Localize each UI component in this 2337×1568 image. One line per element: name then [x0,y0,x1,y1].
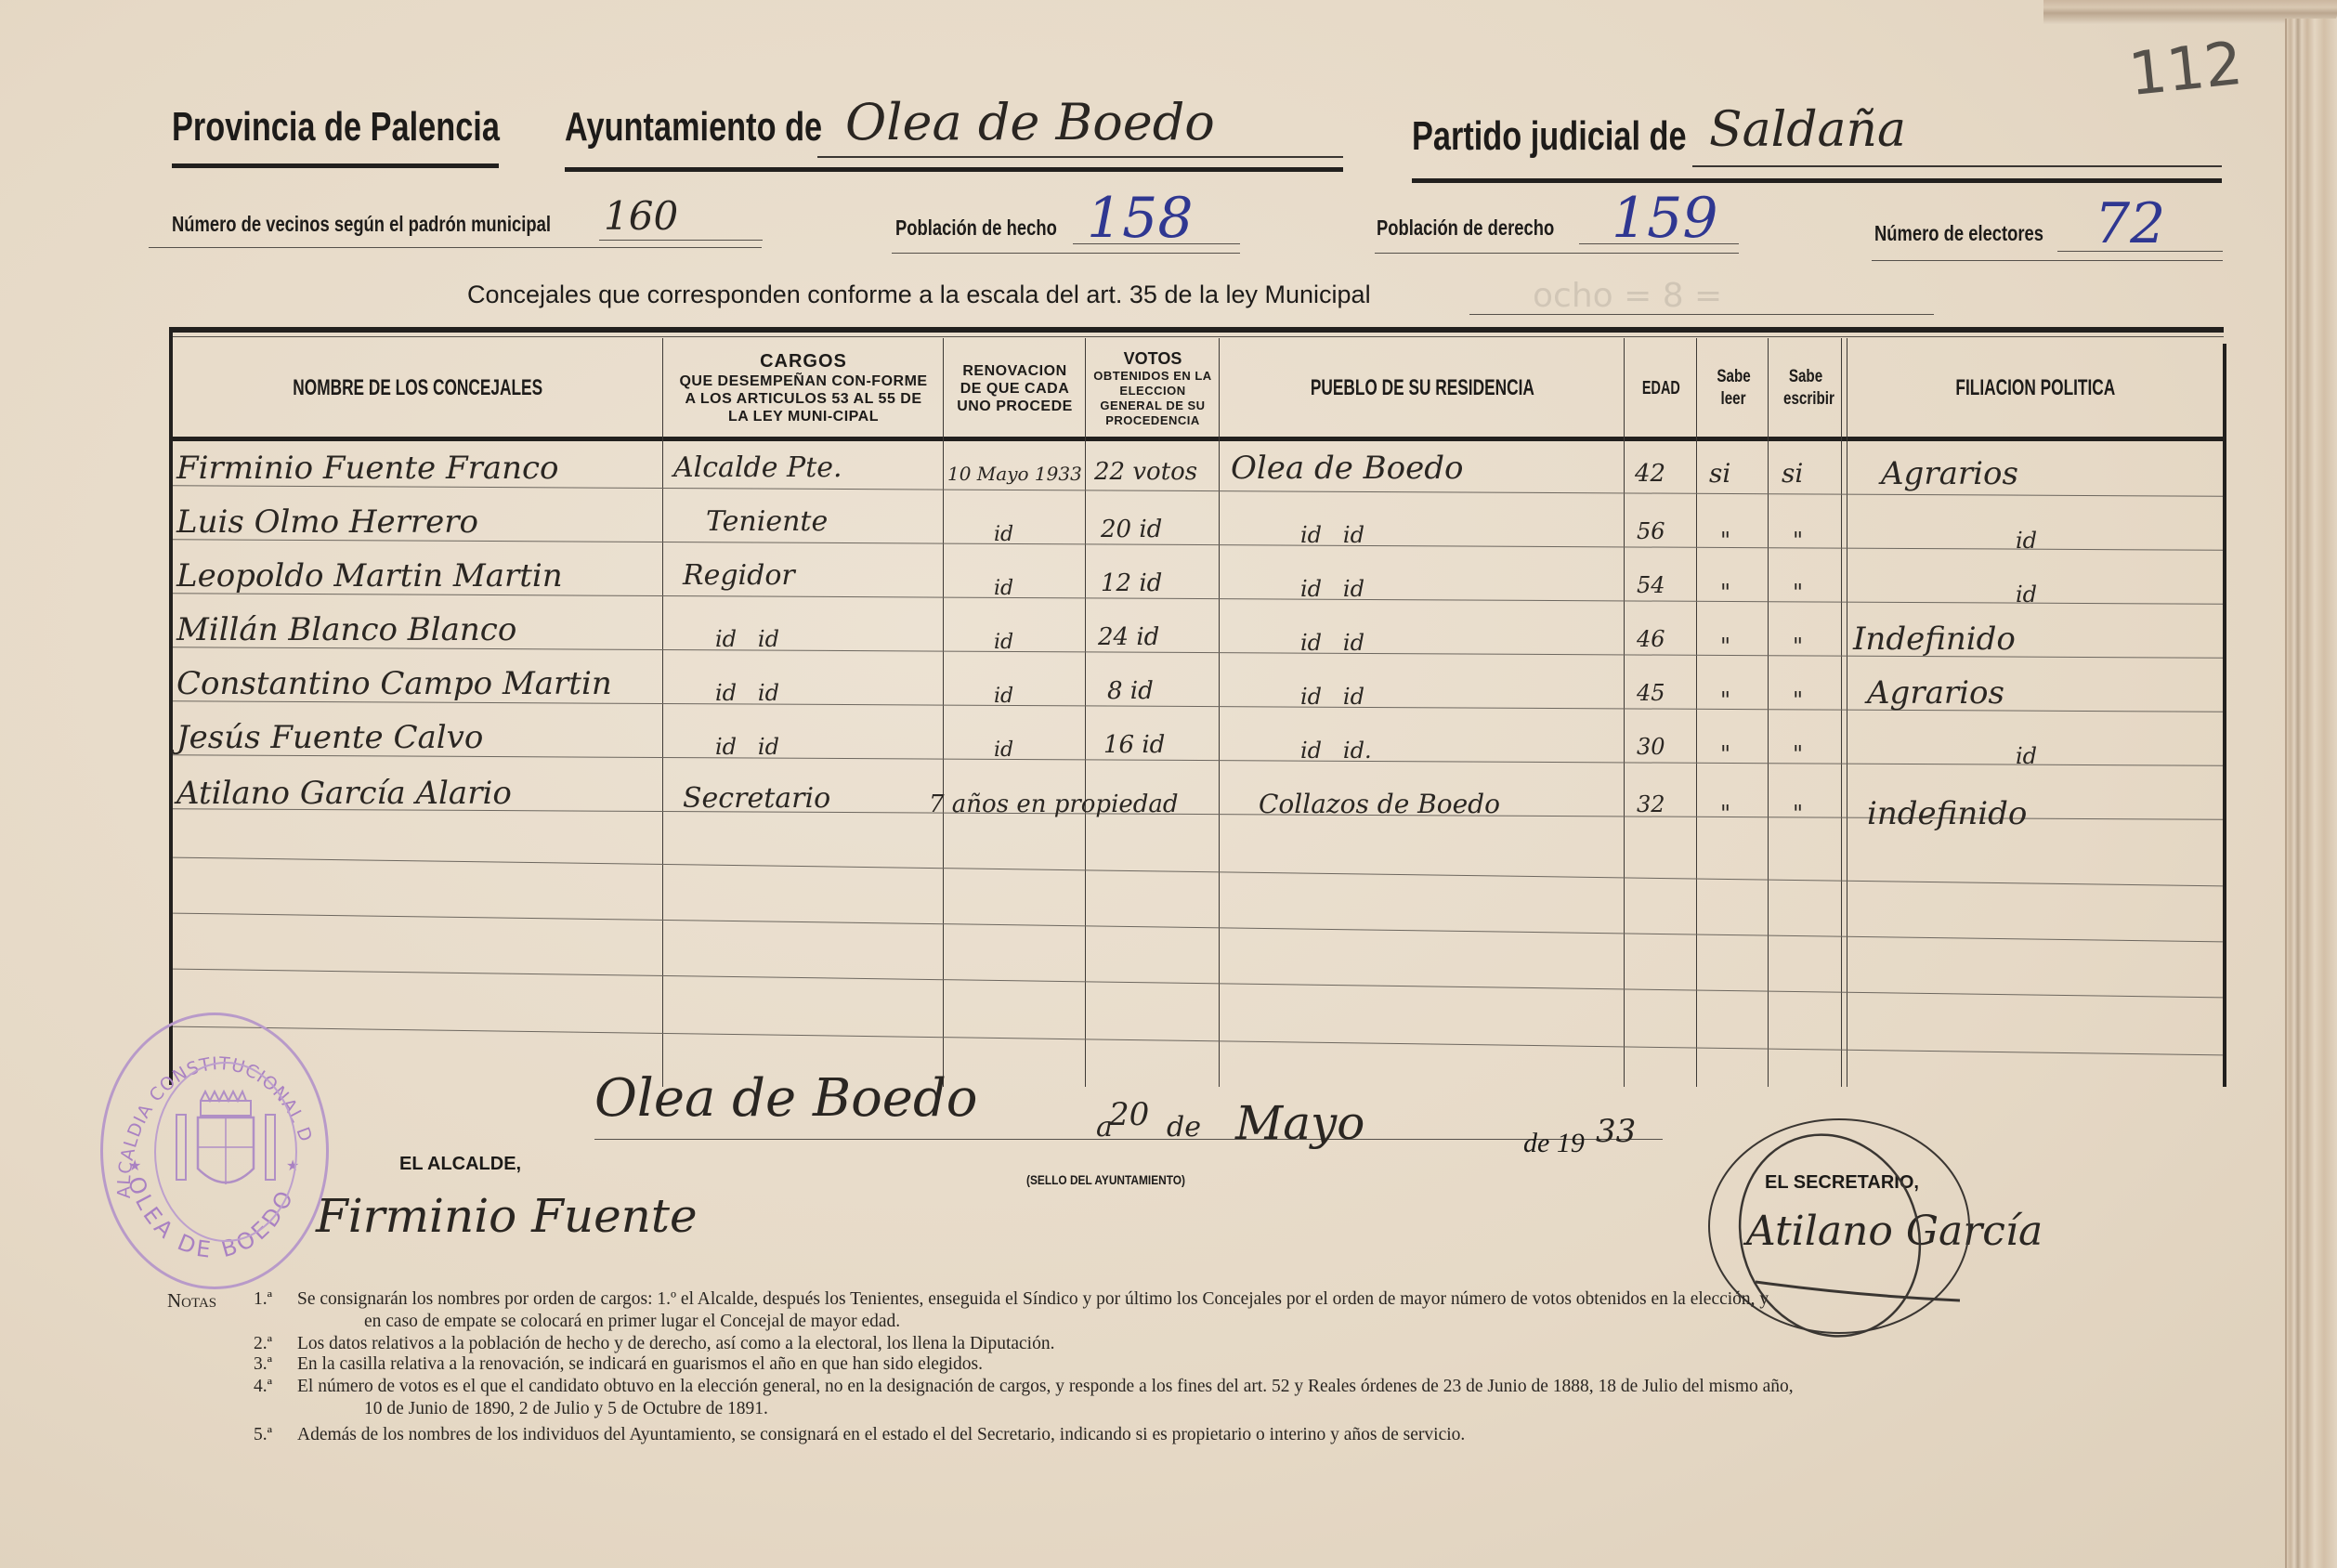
partido-fill-line [1692,165,2222,167]
row-line [173,1026,2223,1056]
cell-edad: 45 [1637,674,1665,712]
footer-year-suffix: 33 [1596,1113,1636,1150]
document-page: 112 Provincia de Palencia Ayuntamiento d… [0,0,2313,1568]
cell-nombre: Atilano García Alario [176,775,512,812]
cell-leer: " [1720,795,1730,832]
cell-renovacion: id [994,732,1013,769]
vecinos-value: 160 [604,193,678,239]
table-header-bottom-border [169,437,2224,441]
partido-value: Saldaña [1709,102,1906,158]
concejales-pencil-value: ocho = 8 = [1533,277,1722,315]
footer-day: 20 [1109,1096,1149,1133]
col-header-votos-label: OBTENIDOS EN LA ELECCION GENERAL DE SU P… [1093,369,1212,428]
cell-leer: " [1720,628,1730,665]
note-number: 4.ª [254,1377,272,1397]
footer-date-line [594,1139,1663,1140]
cell-pueblo: Olea de Boedo [1231,450,1463,487]
col-header-leer-label: Sabe leer [1717,366,1749,411]
note-text-continued: 10 de Junio de 1890, 2 de Julio y 5 de O… [364,1399,768,1419]
col-sep-escribir [1768,338,1769,1087]
col-header-cargo-label: QUE DESEMPEÑAN CON-FORME A LOS ARTICULOS… [678,372,929,425]
cell-leer: " [1720,522,1730,559]
concejales-label: Concejales que corresponden conforme a l… [467,281,1371,309]
sello-label: (SELLO DEL AYUNTAMIENTO) [1026,1172,1185,1187]
col-sep-leer [1696,338,1697,1087]
cell-cargo: id id [715,728,779,765]
coat-of-arms-icon [156,1064,295,1240]
cell-leer: " [1720,682,1730,719]
poblacion-hecho-value: 158 [1087,186,1194,251]
cell-edad: 54 [1637,567,1665,604]
svg-text:★: ★ [128,1158,141,1174]
cell-escribir: " [1793,522,1803,559]
cell-renovacion: 7 años en propiedad [929,786,1179,823]
col-sep-pueblo [1219,338,1220,1087]
cell-renovacion: id [994,678,1013,715]
footer-year-prefix: de 19 [1523,1128,1585,1159]
cell-nombre: Jesús Fuente Calvo [176,719,483,756]
electores-double-line [1872,260,2223,261]
cell-votos: 24 id [1098,619,1159,656]
cell-escribir: si [1782,455,1803,492]
notes-label: Notas [167,1289,216,1313]
provincia-underline [172,163,499,168]
cell-filiacion: id [2016,576,2037,613]
note-text: El número de votos es el que el candidat… [297,1377,1794,1397]
footer-month: Mayo [1235,1096,1364,1150]
vecinos-label: Número de vecinos según el padrón munici… [172,212,551,237]
col-sep-filiacion-double [1847,338,1847,1087]
col-sep-filiacion [1841,338,1842,1087]
cell-filiacion: Agrarios [1881,455,2018,492]
ayuntamiento-value: Olea de Boedo [845,93,1215,151]
poblacion-hecho-double-line [892,253,1240,254]
cell-escribir: " [1793,628,1803,665]
cell-leer: si [1709,455,1730,492]
col-header-filiacion-label: FILIACION POLITICA [1956,375,2116,401]
note-number: 3.ª [254,1354,272,1375]
note-number: 5.ª [254,1425,272,1445]
table-right-border [2223,344,2226,1087]
note-number: 2.ª [254,1334,272,1354]
cell-filiacion: id [2016,522,2037,559]
col-header-pueblo-label: PUEBLO DE SU RESIDENCIA [1311,375,1534,401]
cell-votos: 22 votos [1094,453,1197,490]
col-header-filiacion: FILIACION POLITICA [1848,340,2223,437]
table-top-border [169,327,2224,333]
footer-de-label: de [1167,1111,1201,1143]
cell-votos: 12 id [1101,565,1162,602]
col-header-leer: Sabe leer [1698,340,1768,437]
cell-nombre: Firminio Fuente Franco [176,450,559,487]
col-header-pueblo: PUEBLO DE SU RESIDENCIA [1221,340,1624,437]
cell-leer: " [1720,736,1730,773]
col-header-edad: EDAD [1625,340,1696,437]
note-text: Los datos relativos a la población de he… [297,1334,1054,1354]
cell-nombre: Leopoldo Martin Martin [176,557,563,595]
col-header-renovacion: RENOVACION DE QUE CADA UNO PROCEDE [945,340,1085,437]
alcalde-signature: Firminio Fuente [316,1189,698,1243]
partido-label: Partido judicial de [1412,113,1687,160]
poblacion-derecho-double-line [1375,253,1739,254]
cell-cargo: Alcalde Pte. [673,450,842,487]
cell-cargo: Teniente [706,503,828,541]
cell-renovacion: id [994,570,1013,608]
row-line [173,913,2223,943]
vecinos-double-line [149,247,762,248]
col-header-cargo: CARGOS QUE DESEMPEÑAN CON-FORME A LOS AR… [664,340,943,437]
footer-place: Olea de Boedo [594,1068,978,1129]
cell-pueblo: id id [1300,570,1364,608]
cell-filiacion: id [2016,738,2037,775]
alcalde-label: EL ALCALDE, [399,1154,521,1175]
col-header-votos-title: VOTOS [1124,349,1182,369]
cell-edad: 30 [1637,728,1665,765]
partido-underline [1412,178,2222,183]
page-number: 112 [2125,30,2245,110]
cell-votos: 20 id [1101,511,1162,548]
provincia-label: Provincia de Palencia [172,104,500,150]
electores-value: 72 [2095,191,2165,256]
cell-votos: 8 id [1107,673,1154,710]
cell-escribir: " [1793,682,1803,719]
cell-filiacion: Indefinido [1853,621,2016,658]
row-line [173,754,2223,766]
note-text: En la casilla relativa a la renovación, … [297,1354,983,1375]
ayuntamiento-underline [565,167,1343,172]
ayuntamiento-label: Ayuntamiento de [565,104,822,150]
col-header-escribir: Sabe escribir [1769,340,1841,437]
cell-pueblo: id id [1300,516,1364,554]
ledger-page-edges [2285,19,2337,1568]
cell-escribir: " [1793,795,1803,832]
col-header-renovacion-label: RENOVACION DE QUE CADA UNO PROCEDE [950,362,1080,415]
poblacion-hecho-line [1073,243,1240,244]
cell-edad: 56 [1637,513,1665,550]
col-header-votos: VOTOS OBTENIDOS EN LA ELECCION GENERAL D… [1087,340,1219,437]
note-text-continued: en caso de empate se colocará en primer … [364,1312,900,1332]
note-text: Se consignarán los nombres por orden de … [297,1289,1769,1310]
col-sep-edad [1624,338,1625,1087]
vecinos-line [599,240,763,241]
cell-pueblo: id id [1300,678,1364,715]
row-line [173,969,2223,999]
poblacion-derecho-value: 159 [1612,186,1718,251]
cell-renovacion: id [994,624,1013,661]
cell-cargo: id id [715,674,779,712]
col-header-edad-label: EDAD [1642,378,1680,399]
cell-edad: 46 [1637,621,1665,658]
stamp-inner-oval [154,1062,297,1242]
electores-line [2057,251,2223,252]
municipal-stamp: ALCALDIA CONSTITUCIONAL DE OLEA DE BOEDO… [100,1013,329,1289]
note-text: Además de los nombres de los individuos … [297,1425,1465,1445]
col-sep-votos [1085,338,1086,1087]
poblacion-hecho-label: Población de hecho [895,216,1057,241]
cell-nombre: Constantino Campo Martin [176,665,612,702]
cell-escribir: " [1793,736,1803,773]
cell-edad: 32 [1637,786,1665,823]
cell-nombre: Millán Blanco Blanco [176,611,516,648]
cell-nombre: Luis Olmo Herrero [176,503,478,541]
poblacion-derecho-label: Población de derecho [1377,216,1554,241]
row-line [173,857,2223,887]
cell-pueblo: id id [1300,624,1364,661]
poblacion-derecho-line [1579,243,1739,244]
cell-cargo: Secretario [683,780,830,817]
cell-renovacion: 10 Mayo 1933 [947,455,1082,492]
cell-filiacion: Agrarios [1867,674,2004,712]
electores-label: Número de electores [1874,221,2043,246]
cell-cargo: id id [715,621,779,658]
col-header-nombre: NOMBRE DE LOS CONCEJALES [173,340,662,437]
cell-pueblo: Collazos de Boedo [1259,786,1500,823]
col-sep-renovacion [943,338,944,1087]
cell-renovacion: id [994,516,1013,554]
row-line [173,593,2223,605]
col-header-nombre-label: NOMBRE DE LOS CONCEJALES [293,375,542,401]
cell-edad: 42 [1635,455,1665,492]
cell-cargo: Regidor [683,557,795,595]
cell-leer: " [1720,574,1730,611]
table-top-inner-border [169,336,2224,337]
cell-pueblo: id id. [1300,732,1372,769]
cell-votos: 16 id [1103,726,1165,764]
row-line [173,539,2223,551]
cell-filiacion: indefinido [1867,795,2027,832]
secretario-signature-flourish [1653,1096,2043,1356]
col-header-cargo-title: CARGOS [760,351,847,372]
note-number: 1.ª [254,1289,272,1310]
cell-escribir: " [1793,574,1803,611]
ayuntamiento-fill-line [817,156,1343,158]
col-header-escribir-label: Sabe escribir [1783,366,1828,411]
